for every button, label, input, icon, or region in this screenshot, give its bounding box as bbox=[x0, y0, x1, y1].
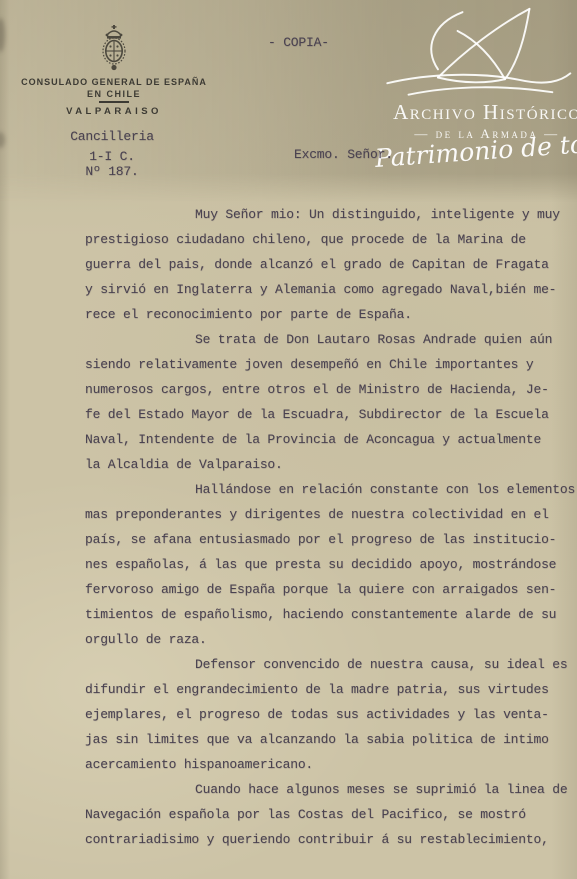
paper-edge-smudge bbox=[0, 132, 5, 148]
typed-line: prestigioso ciudadano chileno, que proce… bbox=[85, 227, 577, 252]
typed-line: orgullo de raza. bbox=[85, 627, 577, 652]
typed-line: fervoroso amigo de España porque la quie… bbox=[85, 577, 577, 602]
paper-edge-smudge bbox=[0, 18, 5, 52]
watermark-tagline: Patrimonio de todos bbox=[374, 127, 577, 173]
typed-line: timientos de españolismo, haciendo const… bbox=[85, 602, 577, 627]
typed-line: rece el reconocimiento por parte de Espa… bbox=[85, 302, 577, 327]
letterhead-org-line2: EN CHILE bbox=[18, 89, 210, 99]
typed-line: acercamiento hispanoamericano. bbox=[85, 752, 577, 777]
typed-line: Muy Señor mio: Un distinguido, inteligen… bbox=[85, 202, 577, 227]
typed-line: fe del Estado Mayor de la Escuadra, Subd… bbox=[85, 402, 577, 427]
typed-line: mas preponderantes y dirigentes de nuest… bbox=[85, 502, 577, 527]
typed-line: la Alcaldia de Valparaiso. bbox=[85, 452, 577, 477]
watermark-title: Archivo Histórico bbox=[357, 100, 577, 125]
typed-line: y sirvió en Inglaterra y Alemania como a… bbox=[85, 277, 577, 302]
typed-line: Navegación española por las Costas del P… bbox=[85, 802, 577, 827]
typed-line: guerra del pais, donde alcanzó el grado … bbox=[85, 252, 577, 277]
document-page: Archivo Histórico — de la Armada — Patri… bbox=[0, 0, 577, 879]
letterhead-city: VALPARAISO bbox=[18, 106, 210, 117]
salutation: Excmo. Señor. bbox=[294, 147, 393, 162]
typed-line: siendo relativamente joven desempeñó en … bbox=[85, 352, 577, 377]
typed-line: nes españolas, á las que presta su decid… bbox=[85, 552, 577, 577]
copy-label: - COPIA- bbox=[268, 35, 329, 50]
reference-file: 1-I C. bbox=[62, 149, 162, 164]
typed-line: jas sin limites que va alcanzando la sab… bbox=[85, 727, 577, 752]
typed-line: Hallándose en relación constante con los… bbox=[85, 477, 577, 502]
typed-line: ejemplares, el progreso de todas sus act… bbox=[85, 702, 577, 727]
letterhead-org-line1: CONSULADO GENERAL DE ESPAÑA bbox=[18, 77, 210, 87]
typed-line: país, se afana entusiasmado por el progr… bbox=[85, 527, 577, 552]
letterhead-rule bbox=[99, 101, 129, 103]
reference-number: Nº 187. bbox=[62, 164, 162, 179]
typed-line: contrariadisimo y queriendo contribuir á… bbox=[85, 827, 577, 852]
watermark-subtitle: — de la Armada — bbox=[357, 126, 577, 142]
reference-office: Cancilleria bbox=[62, 129, 162, 144]
typed-line: Cuando hace algunos meses se suprimió la… bbox=[85, 777, 577, 802]
typed-line: numerosos cargos, entre otros el de Mini… bbox=[85, 377, 577, 402]
royal-crest-icon bbox=[100, 24, 128, 72]
sailboat-icon bbox=[369, 4, 577, 102]
typed-line: Naval, Intendente de la Provincia de Aco… bbox=[85, 427, 577, 452]
typed-line: Se trata de Don Lautaro Rosas Andrade qu… bbox=[85, 327, 577, 352]
letter-body: Muy Señor mio: Un distinguido, inteligen… bbox=[85, 202, 577, 852]
typed-line: difundir el engrandecimiento de la madre… bbox=[85, 677, 577, 702]
typed-line: Defensor convencido de nuestra causa, su… bbox=[85, 652, 577, 677]
letterhead: CONSULADO GENERAL DE ESPAÑA EN CHILE VAL… bbox=[18, 24, 210, 117]
